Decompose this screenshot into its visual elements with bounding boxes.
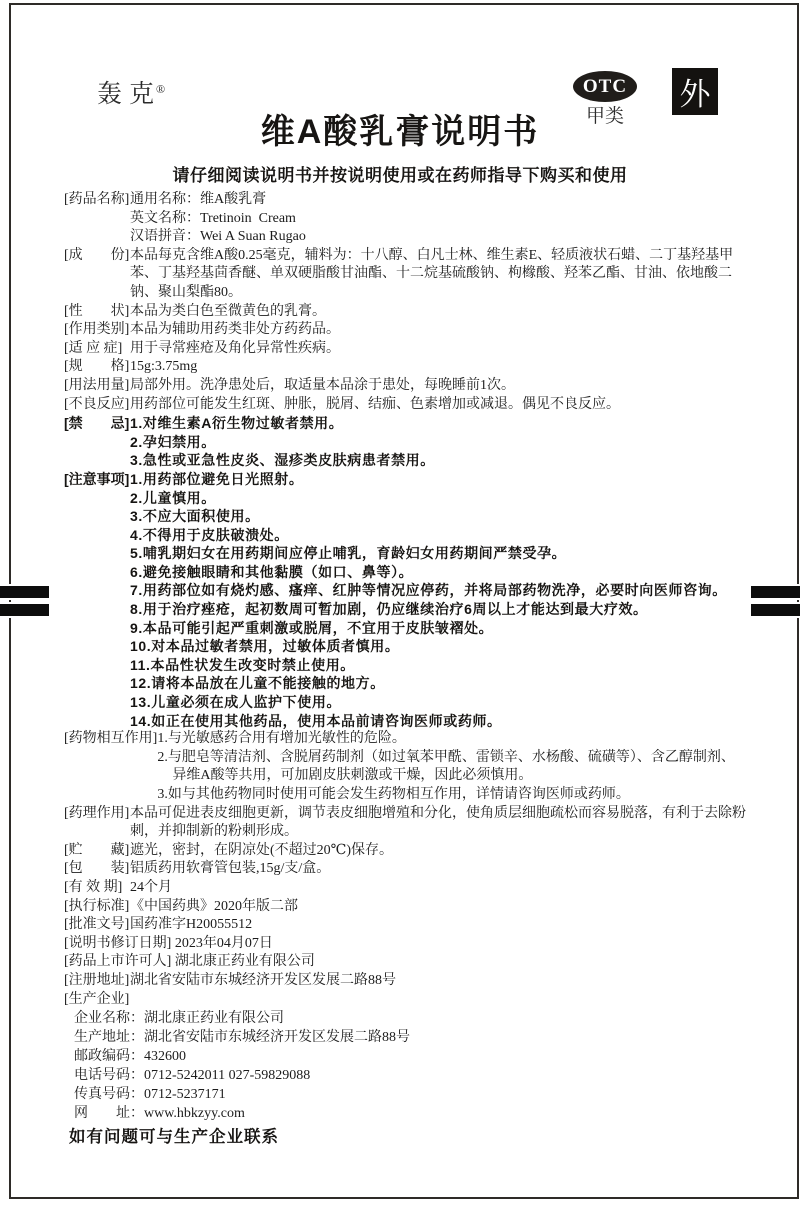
section-manufacturer-details: 企业名称：湖北康正药业有限公司生产地址：湖北省安陆市东城经济开发区发展二路88号… <box>64 1009 746 1123</box>
text-line: 11.本品性状发生改变时禁止使用。 <box>130 656 746 675</box>
text-line: 3.不应大面积使用。 <box>130 507 746 526</box>
section-revision-date: [说明书修订日期] 2023年04月07日 <box>64 935 746 954</box>
text-line: 通用名称：维A酸乳膏 <box>130 191 746 210</box>
section-content: 用于寻常痤疮及角化异常性疾病。 <box>130 340 746 359</box>
text-line: 本品为类白色至微黄色的乳膏。 <box>130 303 746 322</box>
section-label: [药品名称] <box>64 191 130 210</box>
text-line: 汉语拼音：Wei A Suan Rugao <box>130 228 746 247</box>
section-content: 本品为辅助用药类非处方药药品。 <box>130 321 746 340</box>
section-label: [注意事项] <box>64 470 130 489</box>
section-content: 本品可促进表皮细胞更新，调节表皮细胞增殖和分化，使角质层细胞疏松而容易脱落，有利… <box>130 805 746 842</box>
section-content: 企业名称：湖北康正药业有限公司生产地址：湖北省安陆市东城经济开发区发展二路88号… <box>74 1009 746 1123</box>
section-content: 局部外用。洗净患处后，取适量本品涂于患处，每晚睡前1次。 <box>130 377 746 396</box>
section-pharmacology: [药理作用]本品可促进表皮细胞更新，调节表皮细胞增殖和分化，使角质层细胞疏松而容… <box>64 805 746 842</box>
text-line: 《中国药典》2020年版二部 <box>130 898 746 917</box>
section-content: 1.用药部位避免日光照射。2.儿童慎用。3.不应大面积使用。4.不得用于皮肤破溃… <box>130 470 746 730</box>
section-label: [有 效 期] <box>64 879 130 898</box>
text-line: 电话号码：0712-5242011 027-59829088 <box>74 1066 746 1085</box>
text-line: 用药部位可能发生红斑、肿胀，脱屑、结痂、色素增加或减退。偶见不良反应。 <box>130 396 746 415</box>
text-line: 2.孕妇禁用。 <box>130 433 746 452</box>
section-label: [注册地址] <box>64 972 130 991</box>
text-line: 1.对维生素A衍生物过敏者禁用。 <box>130 414 746 433</box>
external-use-text: 外 <box>680 69 711 114</box>
text-line: 3.如与其他药物同时使用可能会发生药物相互作用，详情请咨询医师或药师。 <box>157 786 746 805</box>
text-line: 湖北省安陆市东城经济开发区发展二路88号 <box>130 972 746 991</box>
contact-note: 如有问题可与生产企业联系 <box>69 1128 746 1147</box>
section-content: 湖北康正药业有限公司 <box>171 953 746 972</box>
text-line: 2023年04月07日 <box>171 935 746 954</box>
text-line: 2.儿童慎用。 <box>130 489 746 508</box>
insert-body: [药品名称]通用名称：维A酸乳膏英文名称：Tretinoin Cream汉语拼音… <box>64 191 746 1147</box>
section-content: 本品为类白色至微黄色的乳膏。 <box>130 303 746 322</box>
section-dosage: [用法用量]局部外用。洗净患处后，取适量本品涂于患处，每晚睡前1次。 <box>64 377 746 396</box>
text-line: 14.如正在使用其他药品，使用本品前请咨询医师或药师。 <box>130 712 746 731</box>
text-line: 6.避免接触眼睛和其他黏膜（如口、鼻等）。 <box>130 563 746 582</box>
text-line: 8.用于治疗痤疮，起初数周可暂加剧，仍应继续治疗6周以上才能达到最大疗效。 <box>130 600 746 619</box>
text-line: 4.不得用于皮肤破溃处。 <box>130 526 746 545</box>
section-label: [贮 藏] <box>64 842 130 861</box>
otc-badge-text: OTC <box>583 76 627 98</box>
otc-class-label: 甲类 <box>569 101 641 128</box>
section-label: [不良反应] <box>64 396 130 415</box>
text-line: 3.急性或亚急性皮炎、湿疹类皮肤病患者禁用。 <box>130 451 746 470</box>
text-line: 局部外用。洗净患处后，取适量本品涂于患处，每晚睡前1次。 <box>130 377 746 396</box>
section-label: [生产企业] <box>64 991 130 1010</box>
section-label: [用法用量] <box>64 377 130 396</box>
text-line: 本品可促进表皮细胞更新，调节表皮细胞增殖和分化，使角质层细胞疏松而容易脱落，有利… <box>130 805 746 842</box>
otc-badge: OTC <box>573 71 637 102</box>
section-approval-number: [批准文号]国药准字H20055512 <box>64 916 746 935</box>
section-storage: [贮 藏]遮光，密封，在阴凉处(不超过20℃)保存。 <box>64 842 746 861</box>
text-line: 遮光，密封，在阴凉处(不超过20℃)保存。 <box>130 842 746 861</box>
section-label: [药品上市许可人] <box>64 953 171 972</box>
section-content: 2023年04月07日 <box>171 935 746 954</box>
text-line: 24个月 <box>130 879 746 898</box>
section-indications: [适 应 症]用于寻常痤疮及角化异常性疾病。 <box>64 340 746 359</box>
text-line: 生产地址：湖北省安陆市东城经济开发区发展二路88号 <box>74 1028 746 1047</box>
section-content: 本品每克含维A酸0.25毫克，辅料为：十八醇、白凡士林、维生素E、轻质液状石蜡、… <box>130 247 746 303</box>
text-line: 铝质药用软膏管包装,15g/支/盒。 <box>130 860 746 879</box>
section-label: [禁 忌] <box>64 414 130 433</box>
text-line: 本品为辅助用药类非处方药药品。 <box>130 321 746 340</box>
text-line: 企业名称：湖北康正药业有限公司 <box>74 1009 746 1028</box>
section-action-category: [作用类别]本品为辅助用药类非处方药药品。 <box>64 321 746 340</box>
text-line: 13.儿童必须在成人监护下使用。 <box>130 693 746 712</box>
section-content: 1.与光敏感药合用有增加光敏性的危险。2.与肥皂等清洁剂、含脱屑药制剂（如过氧苯… <box>157 730 746 804</box>
section-content: 《中国药典》2020年版二部 <box>130 898 746 917</box>
text-line: 1.与光敏感药合用有增加光敏性的危险。 <box>157 730 746 749</box>
print-registration-bar <box>0 604 49 616</box>
text-line: 5.哺乳期妇女在用药期间应停止哺乳，育龄妇女用药期间严禁受孕。 <box>130 544 746 563</box>
external-use-badge: 外 <box>672 68 718 115</box>
section-content: 用药部位可能发生红斑、肿胀，脱屑、结痂、色素增加或减退。偶见不良反应。 <box>130 396 746 415</box>
page-subtitle: 请仔细阅读说明书并按说明使用或在药师指导下购买和使用 <box>0 161 800 186</box>
section-label: [说明书修订日期] <box>64 935 171 954</box>
text-line: 2.与肥皂等清洁剂、含脱屑药制剂（如过氧苯甲酰、雷锁辛、水杨酸、硫磺等）、含乙醇… <box>157 749 746 786</box>
section-ingredients: [成 份]本品每克含维A酸0.25毫克，辅料为：十八醇、白凡士林、维生素E、轻质… <box>64 247 746 303</box>
text-line: 1.用药部位避免日光照射。 <box>130 470 746 489</box>
section-label: [作用类别] <box>64 321 130 340</box>
section-content: 湖北省安陆市东城经济开发区发展二路88号 <box>130 972 746 991</box>
section-drug-interactions: [药物相互作用]1.与光敏感药合用有增加光敏性的危险。2.与肥皂等清洁剂、含脱屑… <box>64 730 746 804</box>
section-precautions: [注意事项]1.用药部位避免日光照射。2.儿童慎用。3.不应大面积使用。4.不得… <box>64 470 746 730</box>
print-registration-bar <box>751 604 800 616</box>
print-registration-bar <box>0 586 49 598</box>
section-drug-name: [药品名称]通用名称：维A酸乳膏英文名称：Tretinoin Cream汉语拼音… <box>64 191 746 247</box>
text-line: 湖北康正药业有限公司 <box>171 953 746 972</box>
section-content: 国药准字H20055512 <box>130 916 746 935</box>
section-manufacturer: [生产企业] <box>64 991 746 1010</box>
text-line: 10.对本品过敏者禁用，过敏体质者慎用。 <box>130 637 746 656</box>
section-content: 铝质药用软膏管包装,15g/支/盒。 <box>130 860 746 879</box>
section-shelf-life: [有 效 期]24个月 <box>64 879 746 898</box>
print-registration-bar <box>751 586 800 598</box>
section-registered-address: [注册地址]湖北省安陆市东城经济开发区发展二路88号 <box>64 972 746 991</box>
section-standard: [执行标准]《中国药典》2020年版二部 <box>64 898 746 917</box>
section-license-holder: [药品上市许可人] 湖北康正药业有限公司 <box>64 953 746 972</box>
section-description: [性 状]本品为类白色至微黄色的乳膏。 <box>64 303 746 322</box>
section-strength: [规 格]15g:3.75mg <box>64 358 746 377</box>
section-label: [成 份] <box>64 247 130 266</box>
text-line: 国药准字H20055512 <box>130 916 746 935</box>
registered-trademark-icon: ® <box>156 82 165 96</box>
section-label: [规 格] <box>64 358 130 377</box>
section-label: [药理作用] <box>64 805 130 824</box>
package-insert-page: 轰克® 维A酸乳膏说明书 请仔细阅读说明书并按说明使用或在药师指导下购买和使用 … <box>0 0 800 1209</box>
text-line: 本品每克含维A酸0.25毫克，辅料为：十八醇、白凡士林、维生素E、轻质液状石蜡、… <box>130 247 746 303</box>
text-line: 7.用药部位如有烧灼感、瘙痒、红肿等情况应停药，并将局部药物洗净，必要时向医师咨… <box>130 581 746 600</box>
text-line: 12.请将本品放在儿童不能接触的地方。 <box>130 674 746 693</box>
section-content: 通用名称：维A酸乳膏英文名称：Tretinoin Cream汉语拼音：Wei A… <box>130 191 746 247</box>
section-package: [包 装]铝质药用软膏管包装,15g/支/盒。 <box>64 860 746 879</box>
section-label: [包 装] <box>64 860 130 879</box>
text-line: 9.本品可能引起严重刺激或脱屑，不宜用于皮肤皱褶处。 <box>130 619 746 638</box>
section-label: [药物相互作用] <box>64 730 157 749</box>
section-adverse-reactions: [不良反应]用药部位可能发生红斑、肿胀，脱屑、结痂、色素增加或减退。偶见不良反应… <box>64 396 746 415</box>
text-line: 网 址：www.hbkzyy.com <box>74 1104 746 1123</box>
section-content: 遮光，密封，在阴凉处(不超过20℃)保存。 <box>130 842 746 861</box>
section-label: [适 应 症] <box>64 340 130 359</box>
section-content: 24个月 <box>130 879 746 898</box>
text-line: 传真号码：0712-5237171 <box>74 1085 746 1104</box>
section-label: [执行标准] <box>64 898 130 917</box>
section-contraindications: [禁 忌]1.对维生素A衍生物过敏者禁用。2.孕妇禁用。3.急性或亚急性皮炎、湿… <box>64 414 746 470</box>
section-label: [性 状] <box>64 303 130 322</box>
text-line: 15g:3.75mg <box>130 358 746 377</box>
section-content: 15g:3.75mg <box>130 358 746 377</box>
text-line: 用于寻常痤疮及角化异常性疾病。 <box>130 340 746 359</box>
section-label: [批准文号] <box>64 916 130 935</box>
section-content: 1.对维生素A衍生物过敏者禁用。2.孕妇禁用。3.急性或亚急性皮炎、湿疹类皮肤病… <box>130 414 746 470</box>
text-line: 邮政编码：432600 <box>74 1047 746 1066</box>
text-line: 英文名称：Tretinoin Cream <box>130 210 746 229</box>
